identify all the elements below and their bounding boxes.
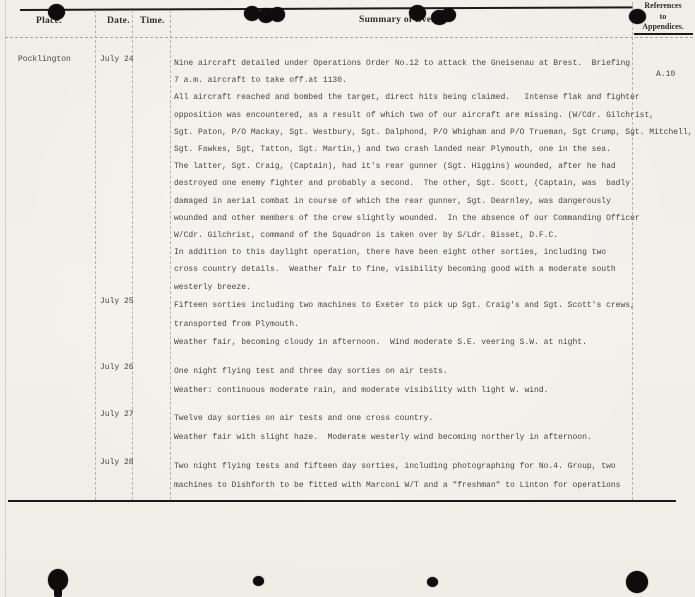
operations-record-page: Place. Date. Time. Summary of Events. Re… xyxy=(0,0,695,597)
place-cell: Pocklington xyxy=(18,55,71,64)
column-line-date-time xyxy=(132,10,133,500)
date-cell: July 27 xyxy=(100,410,134,419)
ink-blot-tail xyxy=(54,586,62,597)
date-cell: July 26 xyxy=(100,363,134,372)
page-left-edge-line xyxy=(5,0,6,597)
summary-text: Fifteen sorties including two machines t… xyxy=(174,297,635,353)
ink-blot-icon xyxy=(253,576,264,586)
time-column-header: Time. xyxy=(140,16,165,26)
header-bottom-rule xyxy=(5,37,693,39)
summary-text: Twelve day sorties on air tests and one … xyxy=(174,410,592,447)
summary-text: Two night flying tests and fifteen day s… xyxy=(174,458,620,495)
ink-blot-icon xyxy=(409,5,426,21)
summary-text: Nine aircraft detailed under Operations … xyxy=(174,55,692,296)
date-cell: July 28 xyxy=(100,458,134,467)
date-cell: July 25 xyxy=(100,297,134,306)
references-underline xyxy=(634,33,693,35)
date-cell: July 24 xyxy=(100,55,134,64)
column-line-place-date xyxy=(95,10,96,500)
ink-blot-icon xyxy=(427,577,438,587)
header-top-rule xyxy=(20,6,633,11)
table-bottom-rule xyxy=(8,500,676,502)
ink-blot-icon xyxy=(626,571,648,593)
ink-blot-icon xyxy=(629,9,646,24)
ink-blot-icon xyxy=(270,7,285,22)
summary-text: One night flying test and three day sort… xyxy=(174,363,548,400)
column-line-time-summary xyxy=(170,10,171,500)
date-column-header: Date. xyxy=(107,16,130,26)
ink-blot-icon xyxy=(48,4,65,20)
ink-blot-icon xyxy=(441,8,456,22)
